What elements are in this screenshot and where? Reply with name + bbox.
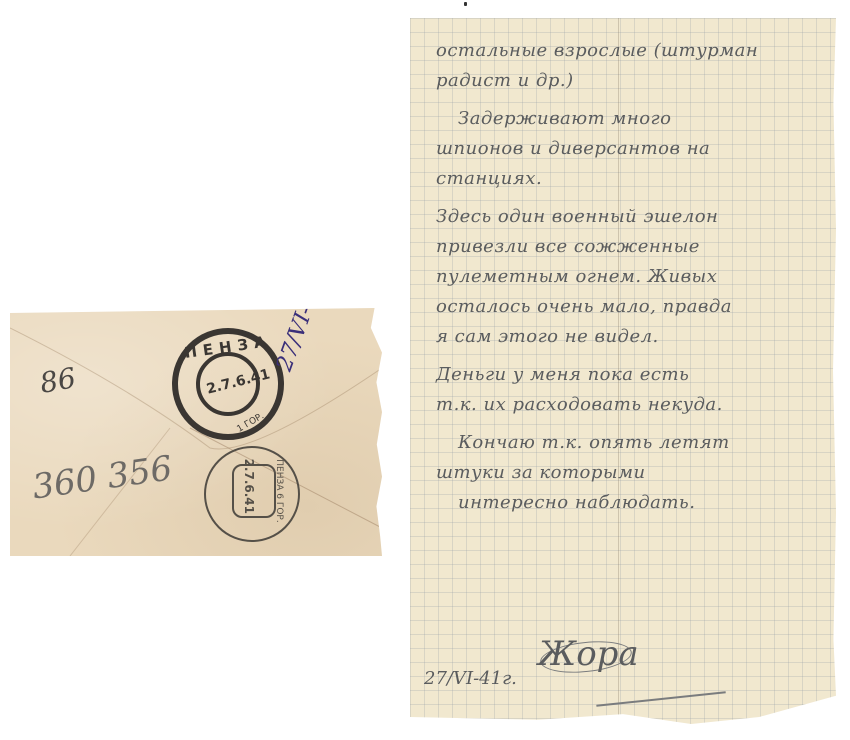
signature: Жора <box>538 634 639 674</box>
handwritten-line: радист и др.) <box>436 66 826 96</box>
handwritten-line: Здесь один военный эшелон <box>436 202 826 232</box>
handwritten-line: пулеметным огнем. Живых <box>436 262 826 292</box>
handwritten-line: Деньги у меня пока есть <box>436 360 826 390</box>
postmark-secondary: 2.7.6.41 ПЕНЗА 6 ГОР. <box>204 446 300 542</box>
letter-page: остальные взрослые (штурманрадист и др.)… <box>410 18 836 724</box>
handwritten-line: станциях. <box>436 164 826 194</box>
postmark-secondary-date: 2.7.6.41 <box>242 459 256 514</box>
handwritten-line: штуки за которыми <box>436 458 826 488</box>
letter-date: 27/VI-41г. <box>424 668 517 689</box>
postmark-secondary-city: ПЕНЗА 6 ГОР. <box>274 446 284 536</box>
handwritten-line: т.к. их расходовать некуда. <box>436 390 826 420</box>
handwritten-line: осталось очень мало, правда <box>436 292 826 322</box>
handwritten-line: шпионов и диверсантов на <box>436 134 826 164</box>
signature-tail <box>596 691 725 706</box>
speck <box>464 2 467 6</box>
pencil-note: 86 <box>37 361 78 400</box>
handwritten-line: Кончаю т.к. опять летят <box>436 428 826 458</box>
handwritten-line: интересно наблюдать. <box>436 488 826 518</box>
handwritten-line: Задерживают много <box>436 104 826 134</box>
handwritten-line: остальные взрослые (штурман <box>436 36 826 66</box>
postmark-main: ПЕНЗА 2.7.6.41 1 ГОР. <box>172 328 284 440</box>
handwritten-line: я сам этого не видел. <box>436 322 826 352</box>
letter-body: остальные взрослые (штурманрадист и др.)… <box>436 36 826 518</box>
handwritten-line: привезли все сожженные <box>436 232 826 262</box>
envelope-back: ПЕНЗА 2.7.6.41 1 ГОР. 2.7.6.41 ПЕНЗА 6 Г… <box>10 308 382 556</box>
